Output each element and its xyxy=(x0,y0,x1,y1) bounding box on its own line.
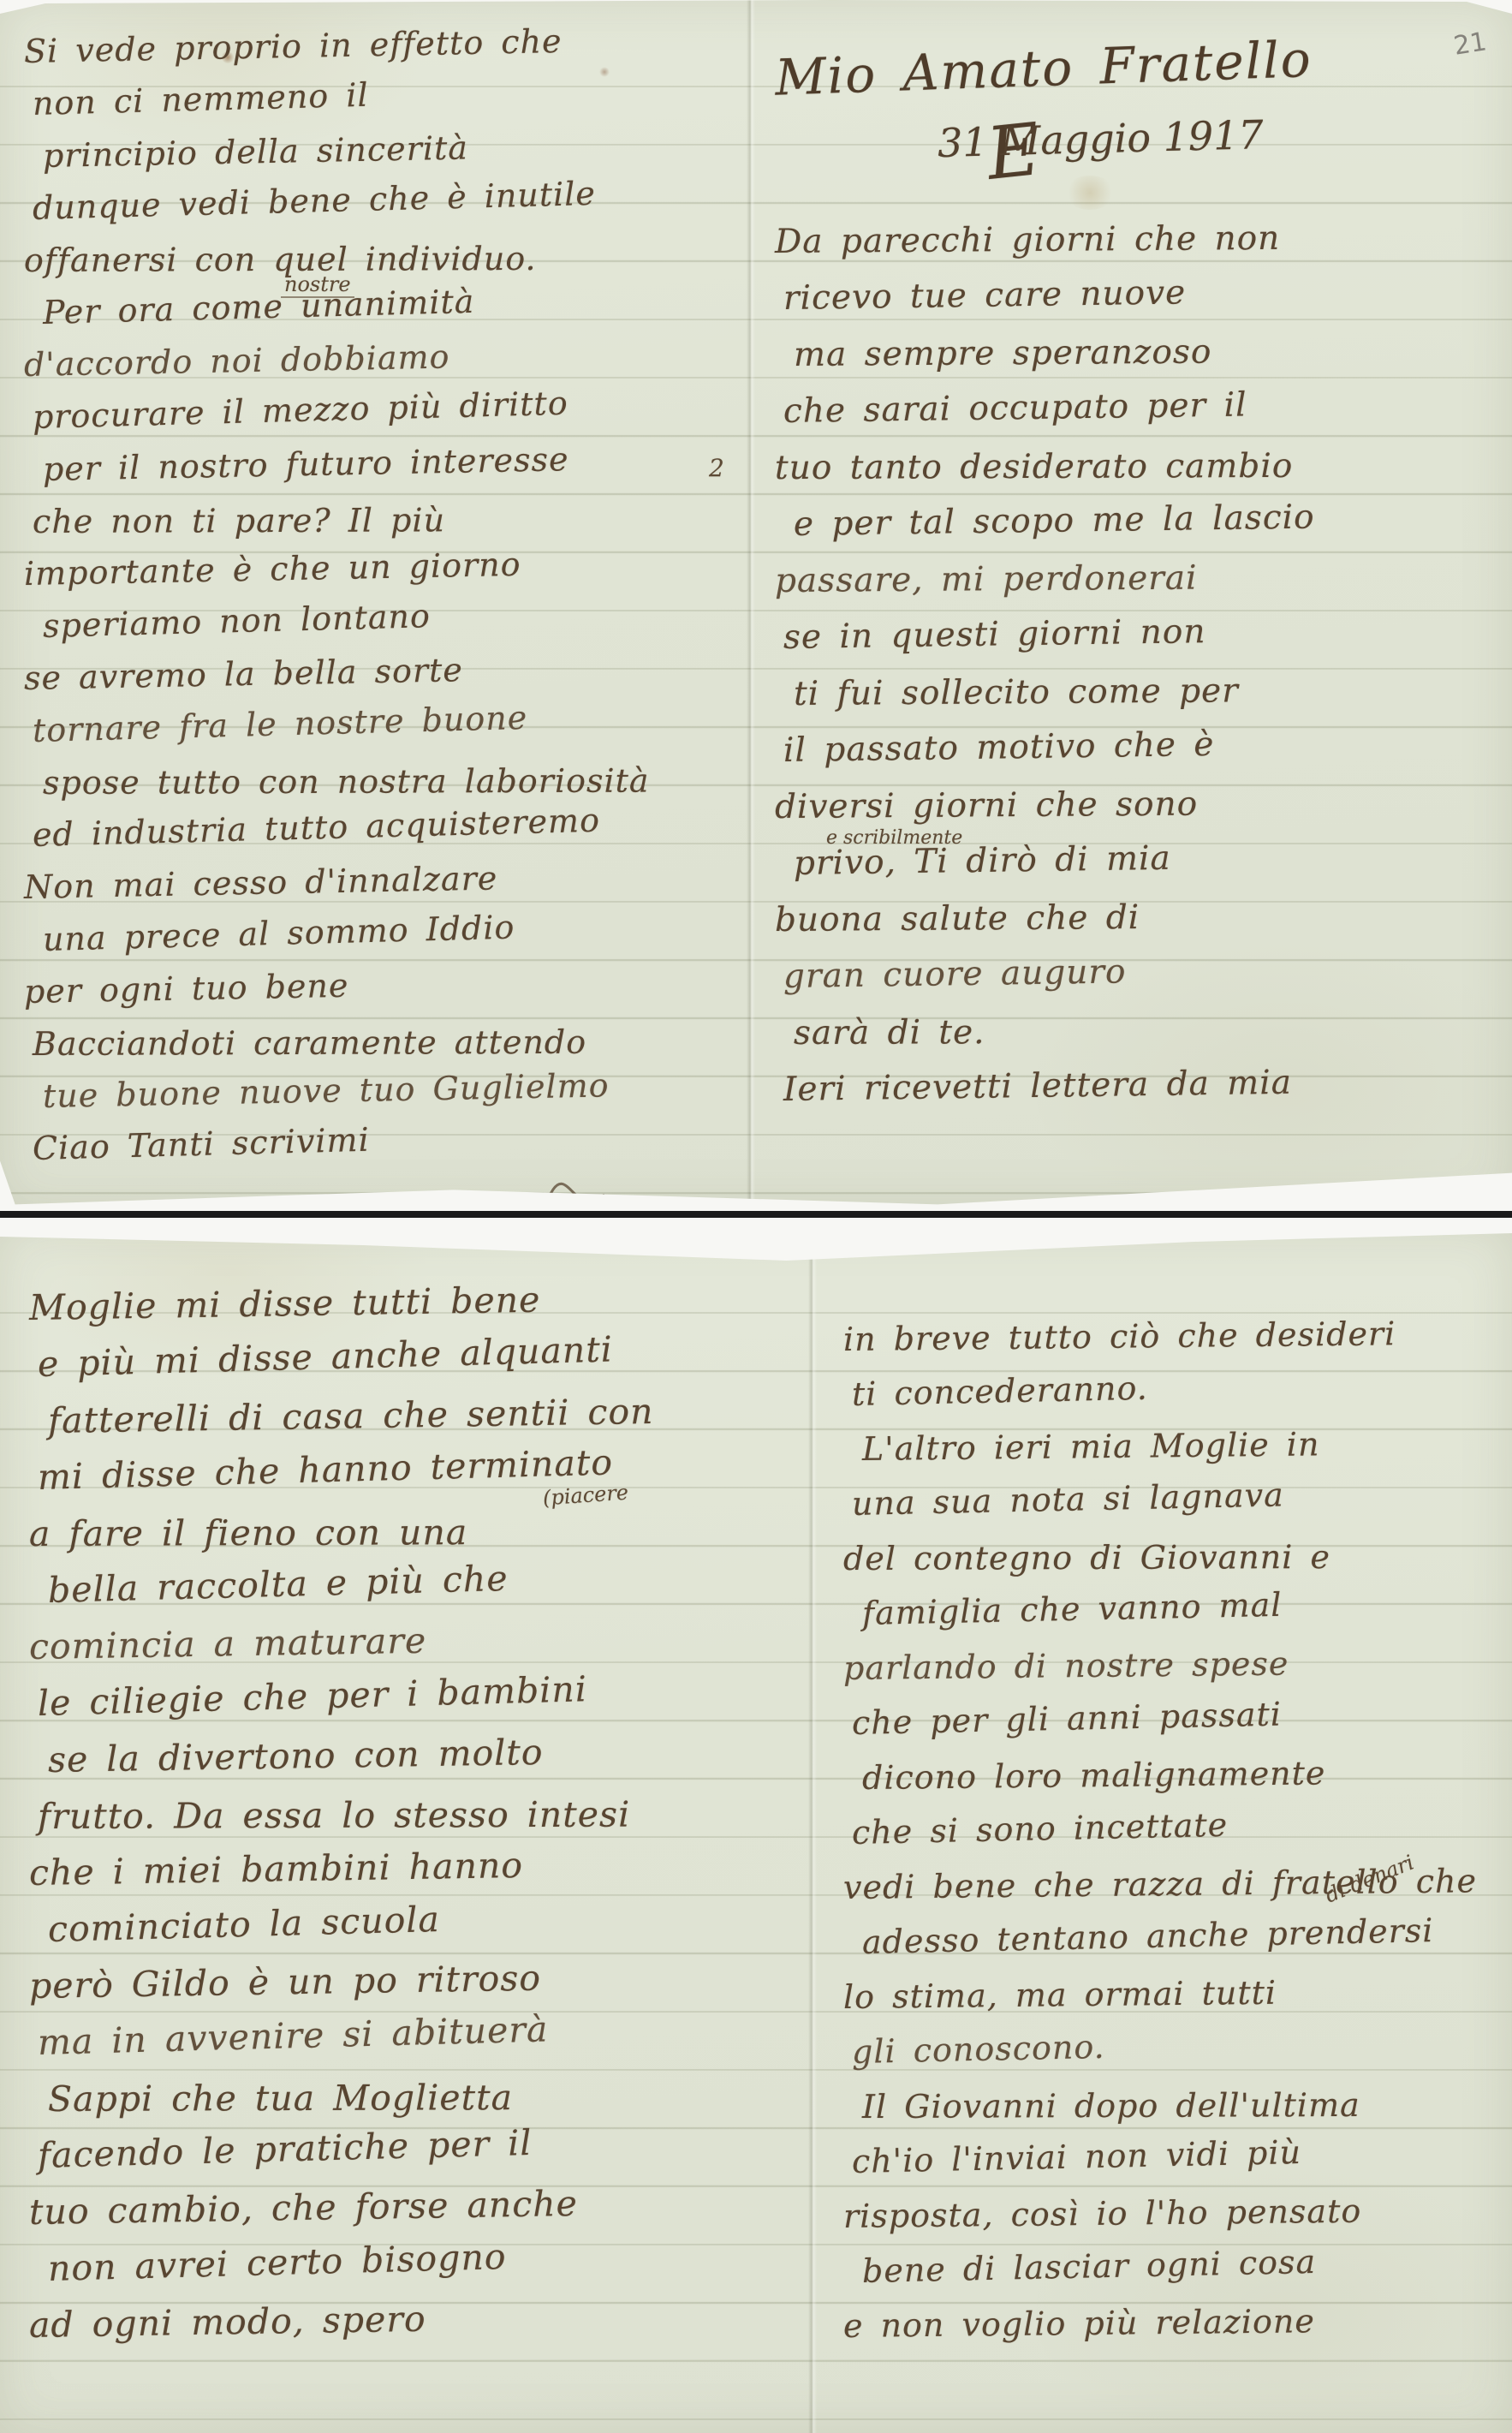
handwritten-line: e per tal scopo me la lascio xyxy=(794,487,1499,553)
handwritten-line: ricevo tue care nuove xyxy=(783,260,1499,327)
scanned-sheet-2: Moglie mi disse tutti benee più mi disse… xyxy=(0,1226,1512,2433)
interline-insert: e scribilmente xyxy=(826,827,962,849)
letter-scan-root: { "document": { "kind": "handwritten let… xyxy=(0,0,1512,2433)
interline-insert-nostre: nostre xyxy=(281,272,354,298)
center-fold-crease xyxy=(808,1226,817,2433)
margin-mark: 2 xyxy=(709,454,724,482)
sheet1-right-page: Mio Amato Fratello 21 E 31 Maggio 1917 D… xyxy=(775,24,1498,1118)
sheet1-left-page: Si vede proprio in effetto chenon ci nem… xyxy=(24,26,741,1175)
scan-separator-bar xyxy=(0,1211,1512,1218)
handwritten-line: se in questi giorni non xyxy=(783,599,1499,666)
handwritten-text-block: Si vede proprio in effetto chenon ci nem… xyxy=(24,26,741,1175)
handwritten-line: ad ogni modo, spero xyxy=(28,2285,800,2353)
handwritten-line: che sarai occupato per il xyxy=(783,373,1499,440)
handwritten-line: il passato motivo che è xyxy=(783,713,1499,779)
handwritten-text-block: in breve tutto ciò che desideriti conced… xyxy=(843,1312,1503,2353)
spacer xyxy=(775,170,1498,214)
center-fold-crease xyxy=(747,0,755,1209)
pencil-page-number: 21 xyxy=(1451,27,1488,62)
handwritten-line: e non voglio più relazione xyxy=(843,2292,1503,2353)
sheet2-right-page: in breve tutto ciò che desideriti conced… xyxy=(843,1312,1503,2353)
handwritten-line: gran cuore auguro xyxy=(783,939,1499,1005)
handwritten-text-block: Moglie mi disse tutti benee più mi disse… xyxy=(29,1279,800,2353)
sheet2-left-page: Moglie mi disse tutti benee più mi disse… xyxy=(29,1279,800,2353)
handwritten-text-block: Da parecchi giorni che nonricevo tue car… xyxy=(775,214,1498,1118)
scanned-sheet-1: Si vede proprio in effetto chenon ci nem… xyxy=(0,0,1512,1209)
handwritten-line: se la divertono con molto xyxy=(47,1720,800,1788)
handwritten-line: Ieri ricevetti lettera da mia xyxy=(783,1052,1499,1118)
